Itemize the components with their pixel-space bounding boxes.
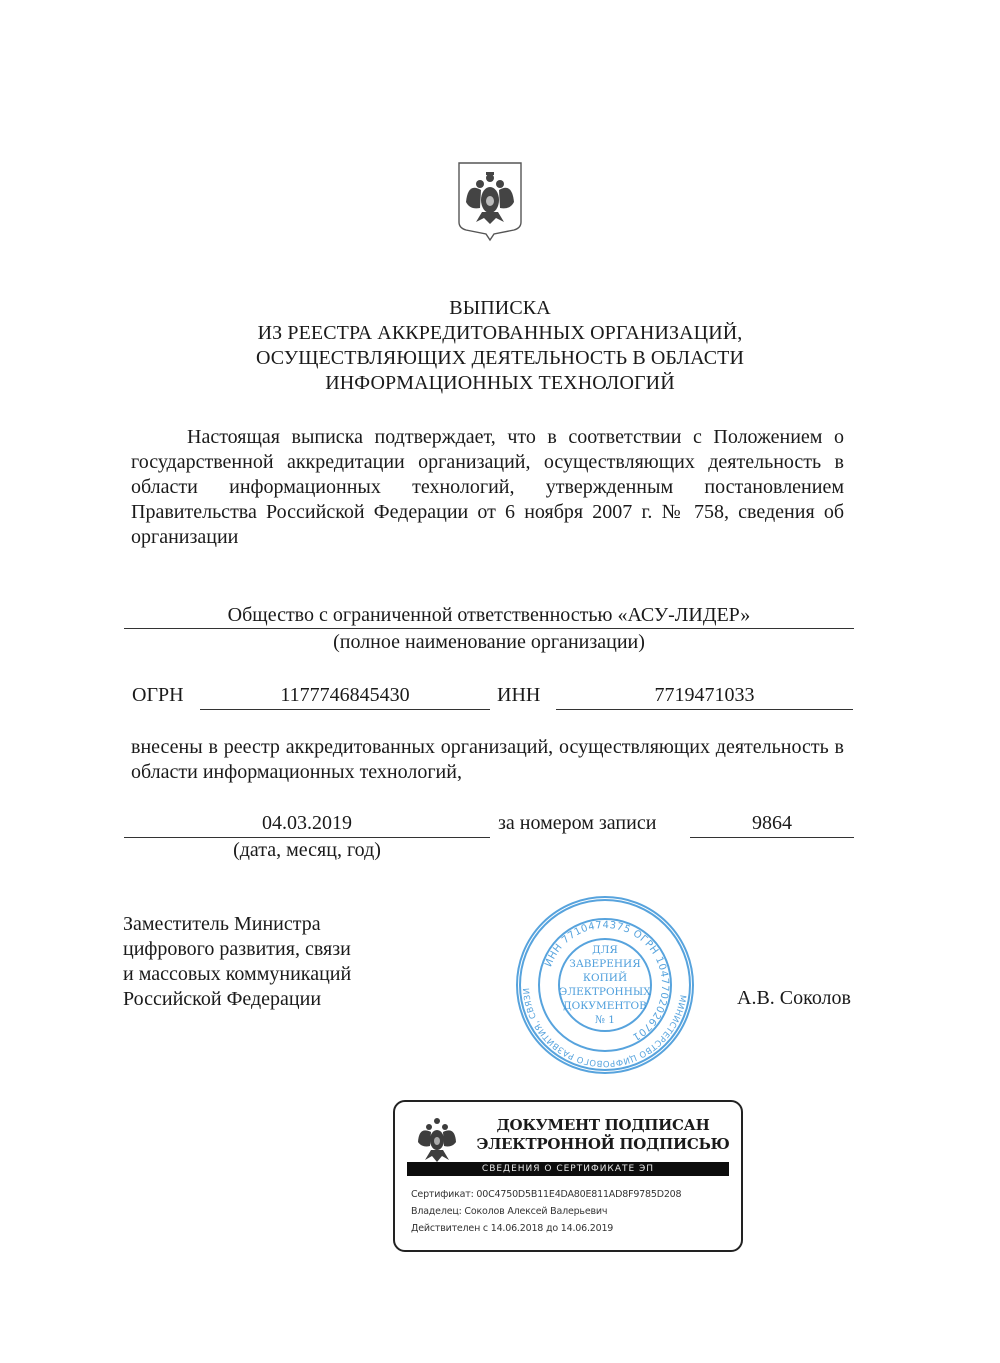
signatory-title-line: Российской Федерации: [123, 987, 351, 1012]
coat-of-arms-icon: [456, 160, 524, 242]
record-number-label: за номером записи: [498, 812, 656, 835]
stamp-center-line: КОПИЙ: [583, 970, 627, 984]
inn-value: 7719471033: [556, 684, 853, 710]
organization-name-caption: (полное наименование организации): [124, 630, 854, 654]
title-line: ОСУЩЕСТВЛЯЮЩИХ ДЕЯТЕЛЬНОСТЬ В ОБЛАСТИ: [150, 346, 850, 371]
registry-paragraph: внесены в реестр аккредитованных организ…: [131, 735, 844, 785]
electronic-signature-heading: ДОКУМЕНТ ПОДПИСАН ЭЛЕКТРОННОЙ ПОДПИСЬЮ: [473, 1116, 733, 1154]
intro-paragraph-text: Настоящая выписка подтверждает, что в со…: [131, 426, 844, 548]
esig-heading-line: ЭЛЕКТРОННОЙ ПОДПИСЬЮ: [473, 1135, 733, 1154]
record-number-value: 9864: [690, 812, 854, 838]
coat-of-arms-icon: [415, 1114, 459, 1166]
electronic-signature-box: ДОКУМЕНТ ПОДПИСАН ЭЛЕКТРОННОЙ ПОДПИСЬЮ С…: [393, 1100, 743, 1252]
signatory-title-line: Заместитель Министра: [123, 912, 351, 937]
signatory-title: Заместитель Министра цифрового развития,…: [123, 912, 351, 1012]
stamp-center-line: ЭЛЕКТРОННЫХ: [559, 986, 651, 998]
signatory-title-line: и массовых коммуникаций: [123, 962, 351, 987]
esig-heading-line: ДОКУМЕНТ ПОДПИСАН: [473, 1116, 733, 1135]
certificate-number: Сертификат: 00C4750D5B11E4DA80E811AD8F97…: [411, 1186, 681, 1203]
organization-name: Общество с ограниченной ответственностью…: [124, 604, 854, 629]
certificate-info-bar: СВЕДЕНИЯ О СЕРТИФИКАТЕ ЭП: [407, 1162, 729, 1176]
registration-date: 04.03.2019: [124, 812, 490, 838]
official-stamp: МИНИСТЕРСТВО ЦИФРОВОГО РАЗВИТИЯ, СВЯЗИ И…: [512, 895, 698, 1075]
ogrn-value: 1177746845430: [200, 684, 490, 710]
certificate-validity: Действителен с 14.06.2018 до 14.06.2019: [411, 1220, 681, 1237]
signatory-name: А.В. Соколов: [737, 987, 851, 1010]
intro-paragraph: Настоящая выписка подтверждает, что в со…: [131, 425, 844, 550]
inn-label: ИНН: [497, 684, 540, 707]
stamp-center-line: ДЛЯ: [592, 944, 618, 956]
title-line: ИНФОРМАЦИОННЫХ ТЕХНОЛОГИЙ: [150, 371, 850, 396]
title-line: ИЗ РЕЕСТРА АККРЕДИТОВАННЫХ ОРГАНИЗАЦИЙ,: [150, 321, 850, 346]
ogrn-label: ОГРН: [132, 684, 184, 707]
document-title: ВЫПИСКА ИЗ РЕЕСТРА АККРЕДИТОВАННЫХ ОРГАН…: [150, 296, 850, 396]
certificate-owner: Владелец: Соколов Алексей Валерьевич: [411, 1203, 681, 1220]
stamp-center-line: ДОКУМЕНТОВ: [563, 1000, 647, 1012]
title-line: ВЫПИСКА: [150, 296, 850, 321]
signatory-title-line: цифрового развития, связи: [123, 937, 351, 962]
registration-date-caption: (дата, месяц, год): [124, 838, 490, 862]
certificate-details: Сертификат: 00C4750D5B11E4DA80E811AD8F97…: [411, 1186, 681, 1237]
stamp-center-line: ЗАВЕРЕНИЯ: [569, 958, 640, 970]
stamp-center-line: № 1: [595, 1014, 615, 1026]
